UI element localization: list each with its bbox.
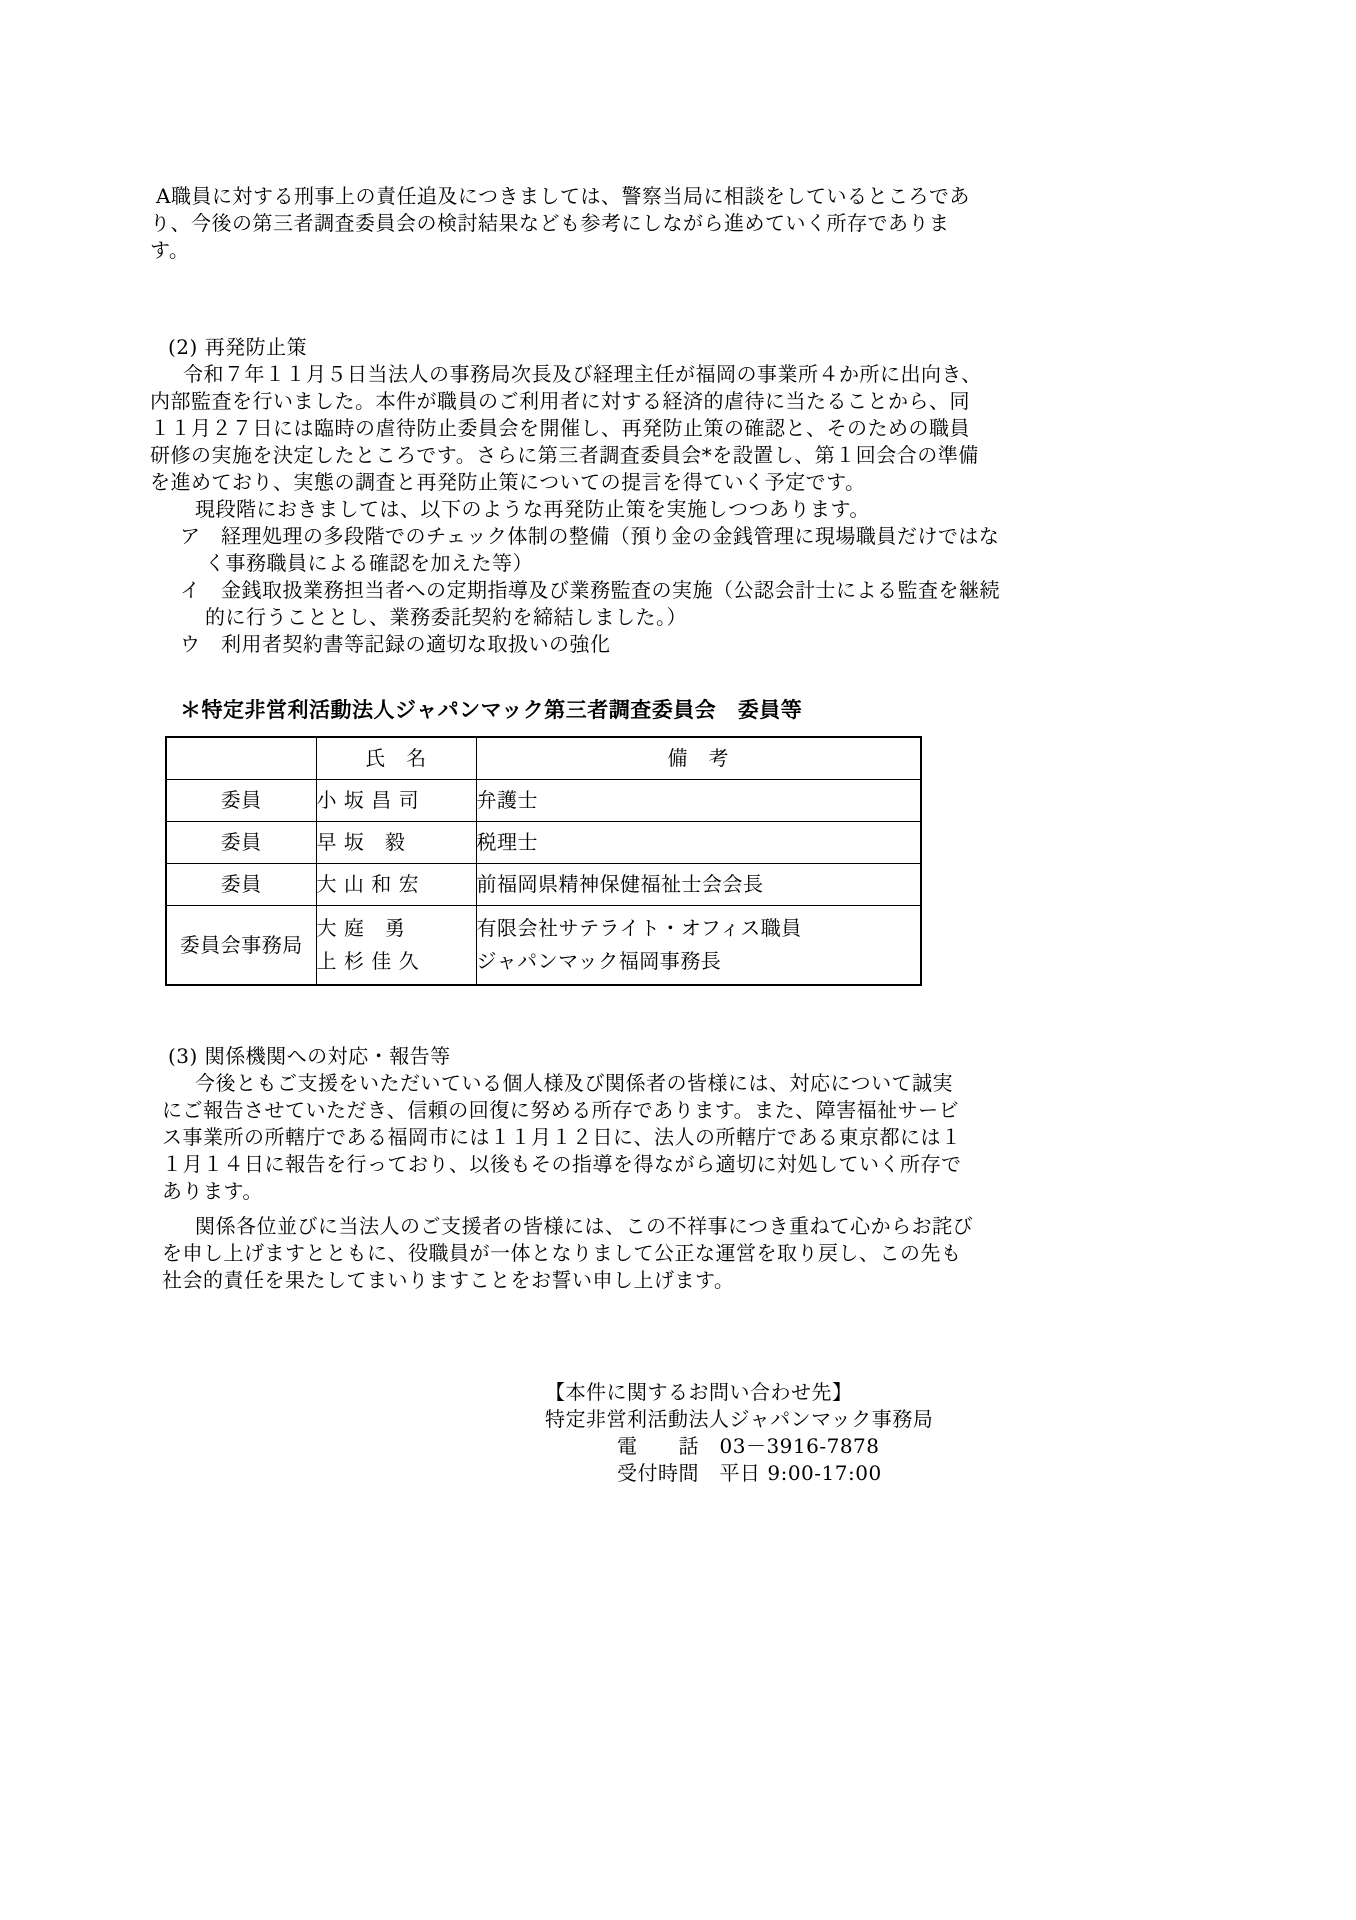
intro-line: す。 (150, 237, 1010, 264)
role-cell: 委員 (166, 822, 316, 864)
contact-phone: 電 話 03－3916-7878 (617, 1433, 1010, 1460)
section3-paragraph-2: 関係各位並びに当法人のご支援者の皆様には、この不祥事につき重ねて心からお詫び を… (150, 1213, 1010, 1294)
name-cell: 大 山 和 宏 (316, 864, 476, 906)
table-row: 委員 早 坂 毅 税理士 (166, 822, 921, 864)
section3-line: 関係各位並びに当法人のご支援者の皆様には、この不祥事につき重ねて心からお詫び (195, 1213, 1010, 1240)
committee-table: 氏 名 備 考 委員 小 坂 昌 司 弁護士 委員 早 坂 毅 税理士 委員 大… (165, 736, 922, 986)
intro-paragraph: A職員に対する刑事上の責任追及につきましては、警察当局に相談をしているところであ… (150, 183, 1010, 264)
contact-hours: 受付時間 平日 9:00-17:00 (617, 1460, 1010, 1487)
note-line: 有限会社サテライト・オフィス職員 (477, 912, 921, 945)
name-cell: 小 坂 昌 司 (316, 780, 476, 822)
list-item-i-line: 的に行うこととし、業務委託契約を締結しました。） (205, 604, 1010, 631)
section2-body-line: を進めており、実態の調査と再発防止策についての提言を得ていく予定です。 (150, 469, 1010, 496)
section3-line: １月１４日に報告を行っており、以後もその指導を得ながら適切に対処していく所存で (162, 1151, 1010, 1178)
contact-org: 特定非営利活動法人ジャパンマック事務局 (545, 1406, 1010, 1433)
contact-heading: 【本件に関するお問い合わせ先】 (545, 1379, 1010, 1406)
role-cell: 委員 (166, 780, 316, 822)
section3-line: 今後ともご支援をいただいている個人様及び関係者の皆様には、対応について誠実 (195, 1070, 1010, 1097)
committee-table-caption: ＊特定非営利活動法人ジャパンマック第三者調査委員会 委員等 (180, 696, 1010, 724)
table-row: 委員 大 山 和 宏 前福岡県精神保健福祉士会会長 (166, 864, 921, 906)
section2-heading: (2) 再発防止策 (168, 334, 1010, 361)
name-cell: 早 坂 毅 (316, 822, 476, 864)
section3-paragraph-1: 今後ともご支援をいただいている個人様及び関係者の皆様には、対応について誠実 にご… (150, 1070, 1010, 1205)
section2-body-line: １１月２７日には臨時の虐待防止委員会を開催し、再発防止策の確認と、そのための職員 (150, 415, 1010, 442)
role-cell: 委員 (166, 864, 316, 906)
note-cell: 税理士 (476, 822, 921, 864)
section3-line: ス事業所の所轄庁である福岡市には１１月１２日に、法人の所轄庁である東京都には１ (162, 1124, 1010, 1151)
header-role-cell (166, 737, 316, 780)
name-cell: 大 庭 勇 上 杉 佳 久 (316, 906, 476, 986)
note-line: ジャパンマック福岡事務長 (477, 945, 921, 978)
section2-body-line: 研修の実施を決定したところです。さらに第三者調査委員会*を設置し、第１回会合の準… (150, 442, 1010, 469)
table-header-row: 氏 名 備 考 (166, 737, 921, 780)
section3-line: を申し上げますとともに、役職員が一体となりまして公正な運営を取り戻し、この先も (162, 1240, 1010, 1267)
intro-line: り、今後の第三者調査委員会の検討結果なども参考にしながら進めていく所存でありま (150, 210, 1010, 237)
header-note-cell: 備 考 (476, 737, 921, 780)
table-row: 委員 小 坂 昌 司 弁護士 (166, 780, 921, 822)
name-line: 上 杉 佳 久 (317, 945, 476, 978)
section2-body-line: 内部監査を行いました。本件が職員のご利用者に対する経済的虐待に当たることから、同 (150, 388, 1010, 415)
section2-list: ア 経理処理の多段階でのチェック体制の整備（預り金の金銭管理に現場職員だけではな… (150, 523, 1010, 658)
document-page: A職員に対する刑事上の責任追及につきましては、警察当局に相談をしているところであ… (0, 0, 1356, 1920)
list-item-a-line: ア 経理処理の多段階でのチェック体制の整備（預り金の金銭管理に現場職員だけではな (180, 523, 1010, 550)
role-cell: 委員会事務局 (166, 906, 316, 986)
note-cell: 弁護士 (476, 780, 921, 822)
table-row: 委員会事務局 大 庭 勇 上 杉 佳 久 有限会社サテライト・オフィス職員 ジャ… (166, 906, 921, 986)
section2-body: 令和７年１１月５日当法人の事務局次長及び経理主任が福岡の事業所４か所に出向き、 … (150, 361, 1010, 523)
section3-line: あります。 (162, 1178, 1010, 1205)
section2-body-line: 令和７年１１月５日当法人の事務局次長及び経理主任が福岡の事業所４か所に出向き、 (183, 361, 1010, 388)
section3-line: にご報告させていただき、信頼の回復に努める所存であります。また、障害福祉サービ (162, 1097, 1010, 1124)
section2-body-line: 現段階におきましては、以下のような再発防止策を実施しつつあります。 (195, 496, 1010, 523)
header-name-cell: 氏 名 (316, 737, 476, 780)
section3-heading: (3) 関係機関への対応・報告等 (168, 1043, 1010, 1070)
list-item-u-line: ウ 利用者契約書等記録の適切な取扱いの強化 (180, 631, 1010, 658)
list-item-a-line: く事務職員による確認を加えた等） (205, 550, 1010, 577)
intro-line: A職員に対する刑事上の責任追及につきましては、警察当局に相談をしているところであ (156, 183, 1010, 210)
document-content: A職員に対する刑事上の責任追及につきましては、警察当局に相談をしているところであ… (150, 183, 1010, 1487)
list-item-i-line: イ 金銭取扱業務担当者への定期指導及び業務監査の実施（公認会計士による監査を継続 (180, 577, 1010, 604)
name-line: 大 庭 勇 (317, 912, 476, 945)
note-cell: 有限会社サテライト・オフィス職員 ジャパンマック福岡事務長 (476, 906, 921, 986)
note-cell: 前福岡県精神保健福祉士会会長 (476, 864, 921, 906)
section3-line: 社会的責任を果たしてまいりますことをお誓い申し上げます。 (162, 1267, 1010, 1294)
contact-block: 【本件に関するお問い合わせ先】 特定非営利活動法人ジャパンマック事務局 電 話 … (545, 1379, 1010, 1487)
